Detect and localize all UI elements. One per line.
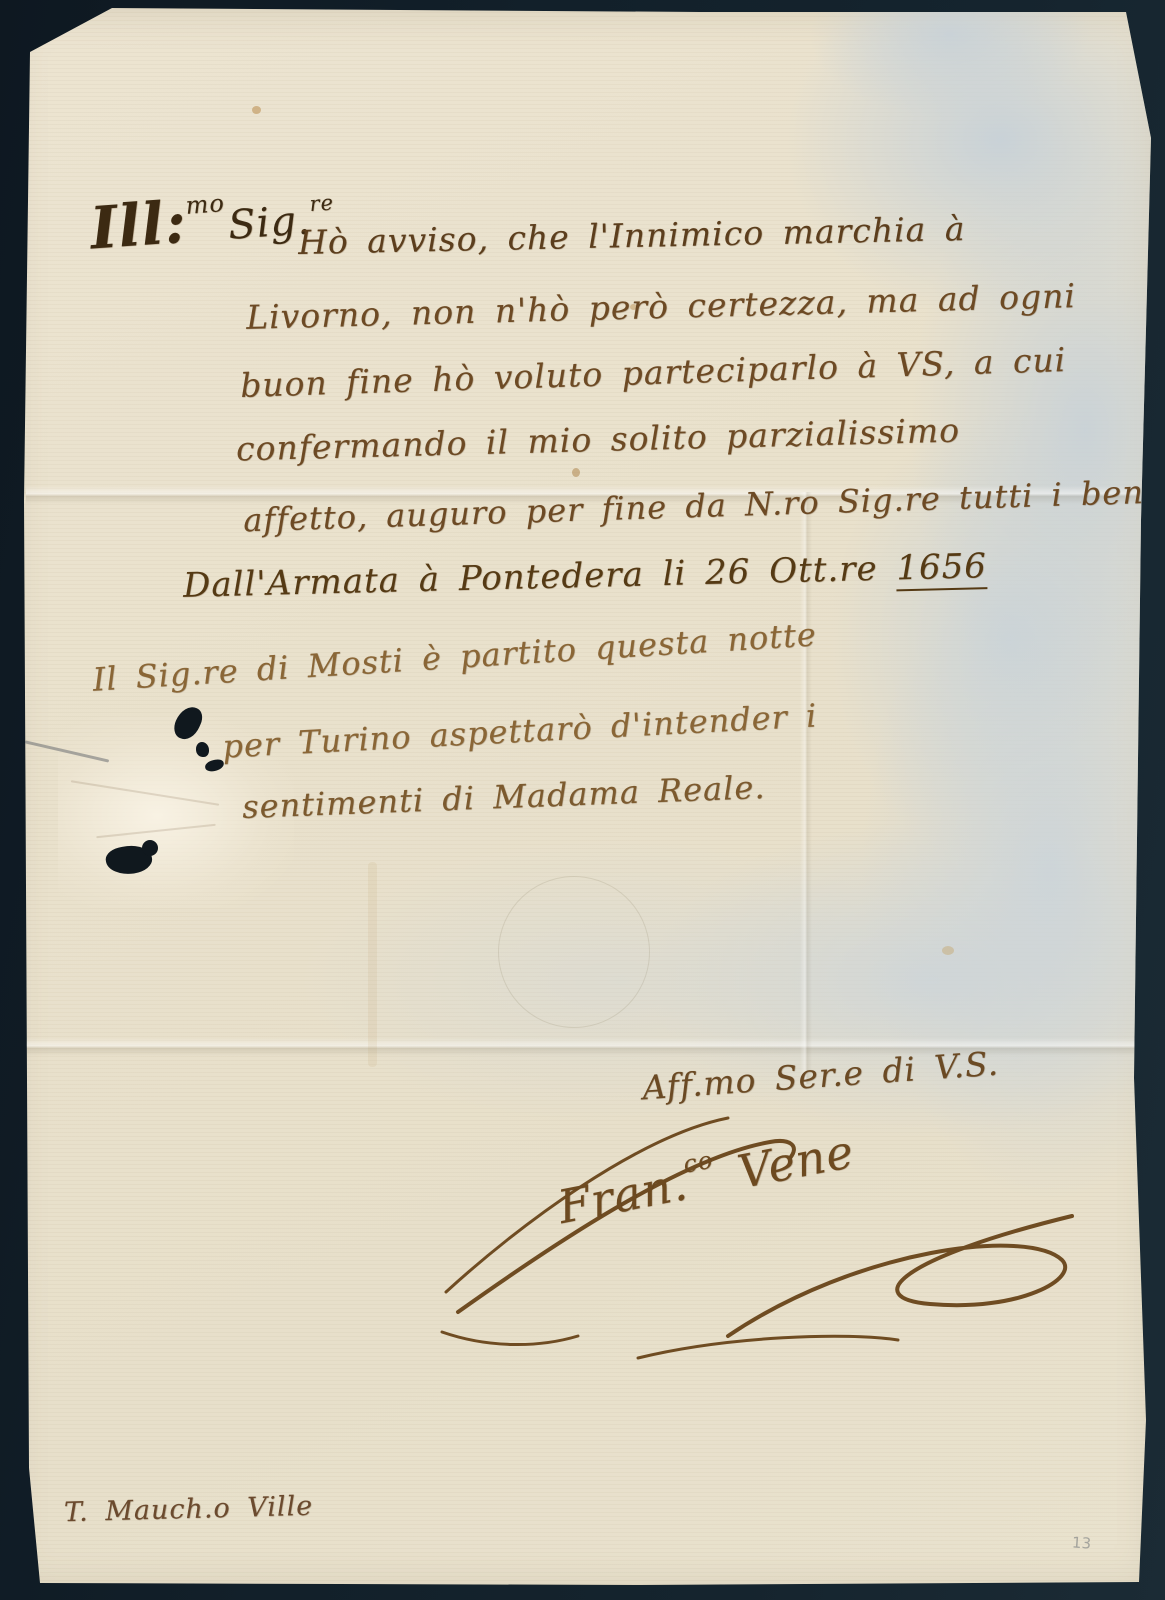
salutation-abbrev: Ill: xyxy=(88,188,189,263)
salutation-abbrev-superscript: mo xyxy=(185,189,226,220)
rust-stain xyxy=(252,106,261,114)
stain-streak xyxy=(368,862,377,1067)
dateline-year: 1656 xyxy=(896,546,988,591)
postscript-line: per Turino aspettarò d'intender i xyxy=(221,696,818,765)
ink-blot xyxy=(204,758,225,773)
ink-blot xyxy=(142,840,158,856)
postscript-line: Il Sig.re di Mosti è partito questa nott… xyxy=(92,615,818,698)
pencil-mark: 13 xyxy=(1071,1533,1091,1552)
scanned-letter-photo: Ill:moSig.re Hò avviso, che l'Innimico m… xyxy=(0,0,1165,1600)
signature-superscript: co xyxy=(681,1146,716,1179)
letter-body-line: affetto, auguro per fine da N.ro Sig.re … xyxy=(243,473,1156,540)
docket-annotation: T. Mauch.o Ville xyxy=(64,1491,314,1529)
rust-stain xyxy=(942,946,954,955)
ink-blot xyxy=(170,703,206,744)
edge-tear xyxy=(25,740,109,762)
signature-flourish xyxy=(428,1096,1088,1366)
letter-body-line: Livorno, non n'hò però certezza, ma ad o… xyxy=(246,276,1077,337)
wrinkle-line xyxy=(96,824,216,839)
ink-blot xyxy=(196,742,209,757)
paper-watermark xyxy=(488,866,660,1038)
letter-sheet: Ill:moSig.re Hò avviso, che l'Innimico m… xyxy=(0,0,1165,1600)
rust-stain xyxy=(572,468,580,477)
postscript-line: sentimenti di Madama Reale. xyxy=(241,768,766,826)
letter-body-line: confermando il mio solito parzialissimo xyxy=(236,411,961,469)
letter-body-line: buon fine hò voluto parteciparlo à VS, a… xyxy=(240,340,1067,405)
dateline-place: Dall'Armata à Pontedera li 26 Ott.re xyxy=(183,549,878,606)
salutation-title-superscript: re xyxy=(309,191,335,217)
dateline: Dall'Armata à Pontedera li 26 Ott.re 165… xyxy=(183,546,988,606)
letter-body-line: Hò avviso, che l'Innimico marchia à xyxy=(298,209,966,262)
wrinkle-line xyxy=(71,780,219,805)
